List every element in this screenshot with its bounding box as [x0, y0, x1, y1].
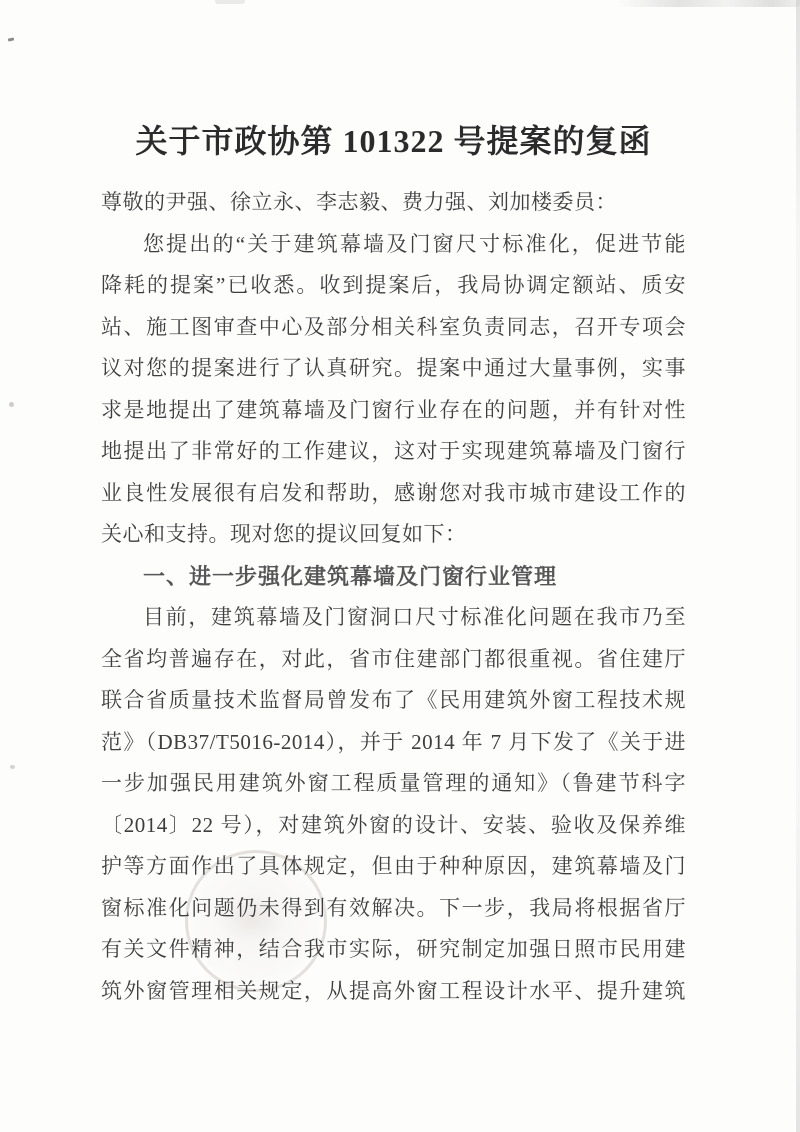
body-line: 您提出的“关于建筑幕墙及门窗尺寸标准化，促进节能: [101, 224, 686, 266]
document-body: 尊敬的尹强、徐立永、李志毅、费力强、刘加楼委员： 您提出的“关于建筑幕墙及门窗尺…: [101, 182, 686, 1012]
document-content: 关于市政协第 101322 号提案的复函 尊敬的尹强、徐立永、李志毅、费力强、刘…: [101, 0, 686, 1012]
body-line: 一步加强民用建筑外窗工程质量管理的通知》（鲁建节科字: [101, 763, 686, 805]
body-line: 目前，建筑幕墙及门窗洞口尺寸标准化问题在我市乃至: [101, 597, 686, 639]
body-line: 全省均普遍存在，对此，省市住建部门都很重视。省住建厅: [101, 639, 686, 681]
body-line: 范》（DB37/T5016-2014），并于 2014 年 7 月下发了《关于进: [101, 722, 686, 764]
body-line: 〔2014〕22 号），对建筑外窗的设计、安装、验收及保养维: [101, 805, 686, 847]
body-line: 业良性发展很有启发和帮助，感谢您对我市城市建设工作的: [101, 473, 686, 515]
scanned-document-page: 关于市政协第 101322 号提案的复函 尊敬的尹强、徐立永、李志毅、费力强、刘…: [0, 0, 800, 1132]
section-heading: 一、进一步强化建筑幕墙及门窗行业管理: [101, 556, 686, 598]
scan-speck: [10, 765, 15, 769]
document-title: 关于市政协第 101322 号提案的复函: [101, 118, 686, 164]
body-line: 求是地提出了建筑幕墙及门窗行业存在的问题，并有针对性: [101, 390, 686, 432]
body-line: 降耗的提案”已收悉。收到提案后，我局协调定额站、质安: [101, 265, 686, 307]
scan-edge-shadow: [796, 0, 800, 1132]
body-line: 护等方面作出了具体规定，但由于种种原因，建筑幕墙及门: [101, 846, 686, 888]
body-line: 地提出了非常好的工作建议，这对于实现建筑幕墙及门窗行: [101, 431, 686, 473]
body-line: 窗标准化问题仍未得到有效解决。下一步，我局将根据省厅: [101, 888, 686, 930]
body-line: 站、施工图审查中心及部分相关科室负责同志，召开专项会: [101, 307, 686, 349]
body-line: 联合省质量技术监督局曾发布了《民用建筑外窗工程技术规: [101, 680, 686, 722]
body-line: 筑外窗管理相关规定，从提高外窗工程设计水平、提升建筑: [101, 971, 686, 1013]
body-line: 有关文件精神，结合我市实际，研究制定加强日照市民用建: [101, 929, 686, 971]
scan-speck: [9, 402, 14, 407]
scan-speck: [8, 37, 14, 41]
body-line: 关心和支持。现对您的提议回复如下：: [101, 514, 686, 556]
salutation-line: 尊敬的尹强、徐立永、李志毅、费力强、刘加楼委员：: [101, 182, 686, 224]
body-line: 议对您的提案进行了认真研究。提案中通过大量事例，实事: [101, 348, 686, 390]
